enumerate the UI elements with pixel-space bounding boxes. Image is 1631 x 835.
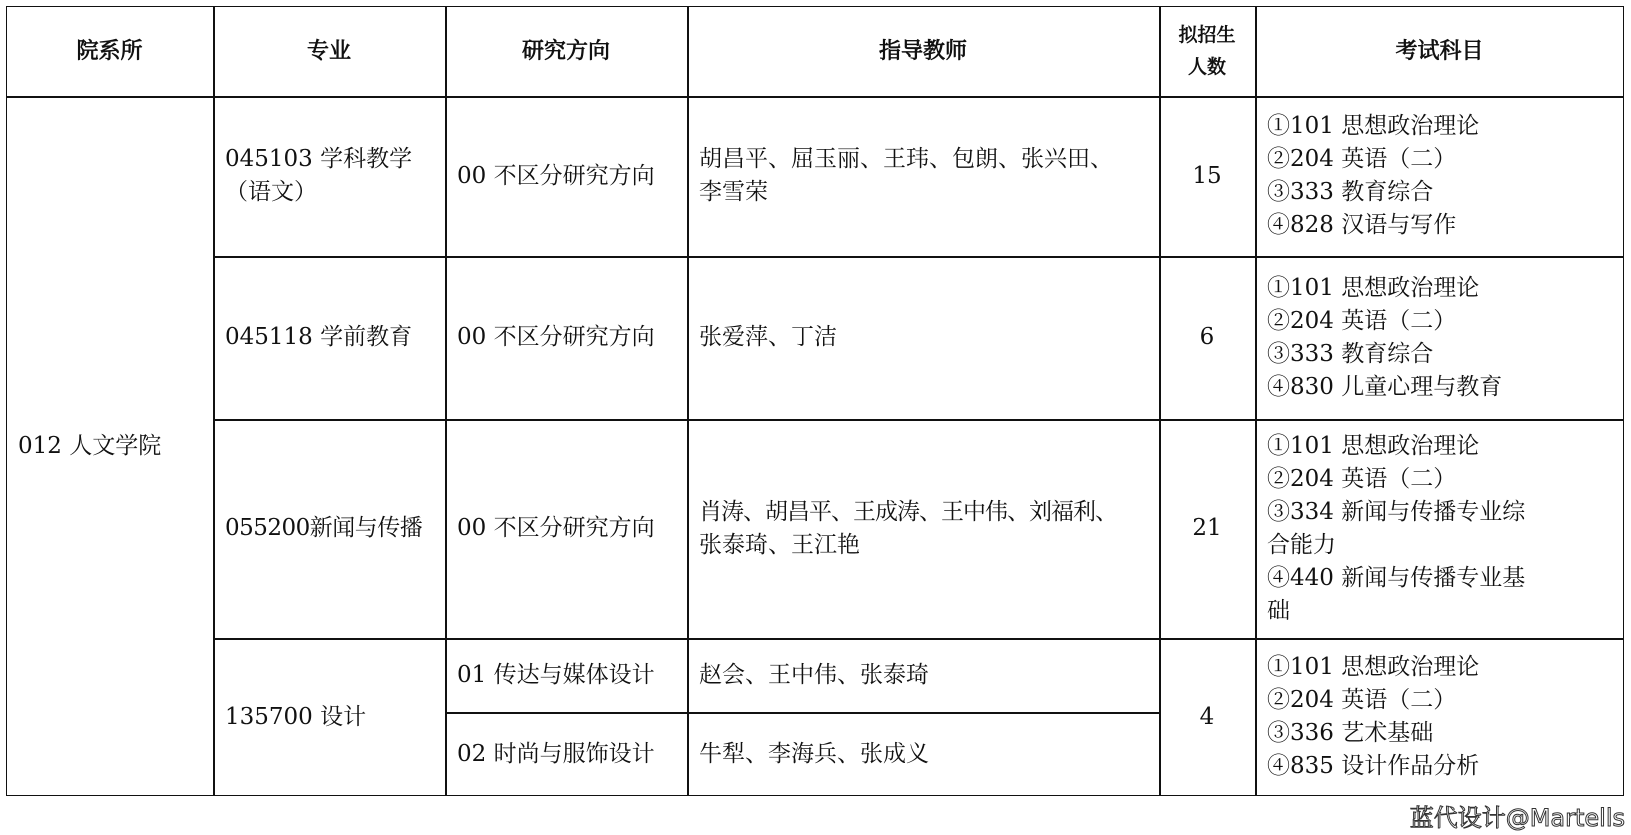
major-name: 135700 设计 <box>225 701 366 734</box>
exam-item: ③336 艺术基础 <box>1267 717 1479 750</box>
supervisors-text: 赵会、王中伟、张泰琦 <box>699 659 929 692</box>
department-cell: 012 人文学院 <box>6 96 213 796</box>
major-name: 055200新闻与传播 <box>225 512 422 545</box>
table-row-4-major: 135700 设计 <box>213 638 445 796</box>
watermark: 蓝代设计@Martells <box>1410 798 1625 833</box>
major-name: 045118 学前教育 <box>225 321 412 354</box>
exam-item: ②204 英语（二） <box>1267 463 1525 496</box>
exam-item: ③333 教育综合 <box>1267 338 1502 371</box>
supervisors-text-cont: 张泰琦、王江艳 <box>699 529 1117 562</box>
table-row-3-supervisors: 肖涛、胡昌平、王成涛、王中伟、刘福利、 张泰琦、王江艳 <box>687 419 1159 638</box>
header-department-label: 院系所 <box>76 35 142 68</box>
supervisors-text: 胡昌平、屈玉丽、王玮、包朗、张兴田、 <box>699 143 1113 176</box>
department-name: 012 人文学院 <box>18 430 161 463</box>
header-research-direction-label: 研究方向 <box>522 35 610 68</box>
exam-item: ④830 儿童心理与教育 <box>1267 371 1502 404</box>
direction-text: 02 时尚与服饰设计 <box>457 738 655 771</box>
supervisors-text: 张爱萍、丁洁 <box>699 321 837 354</box>
exam-item: ④828 汉语与写作 <box>1267 209 1479 242</box>
table-row-2-enrollment: 6 <box>1159 256 1255 419</box>
supervisors-stack: 肖涛、胡昌平、王成涛、王中伟、刘福利、 张泰琦、王江艳 <box>699 496 1117 562</box>
table-row-4-enrollment: 4 <box>1159 638 1255 796</box>
exam-item: ③334 新闻与传播专业综 <box>1267 496 1525 529</box>
enrollment-count: 21 <box>1192 512 1221 545</box>
header-research-direction: 研究方向 <box>445 6 687 96</box>
header-major: 专业 <box>213 6 445 96</box>
header-supervisors: 指导教师 <box>687 6 1159 96</box>
exam-item: ①101 思想政治理论 <box>1267 651 1479 684</box>
table-row-1-major: 045103 学科教学 （语文） <box>213 96 445 256</box>
exam-item: ②204 英语（二） <box>1267 143 1479 176</box>
exam-list: ①101 思想政治理论 ②204 英语（二） ③333 教育综合 ④830 儿童… <box>1267 272 1502 404</box>
major-name: 045103 学科教学 <box>225 143 412 176</box>
exam-list: ①101 思想政治理论 ②204 英语（二） ③333 教育综合 ④828 汉语… <box>1267 110 1479 242</box>
exam-item: ③333 教育综合 <box>1267 176 1479 209</box>
header-supervisors-label: 指导教师 <box>879 35 967 68</box>
table-row-1-supervisors: 胡昌平、屈玉丽、王玮、包朗、张兴田、 李雪荣 <box>687 96 1159 256</box>
table-row-2-exams: ①101 思想政治理论 ②204 英语（二） ③333 教育综合 ④830 儿童… <box>1255 256 1624 419</box>
table-row-3-major: 055200新闻与传播 <box>213 419 445 638</box>
supervisors-stack: 胡昌平、屈玉丽、王玮、包朗、张兴田、 李雪荣 <box>699 143 1113 209</box>
header-exam-subjects: 考试科目 <box>1255 6 1624 96</box>
header-exam-subjects-label: 考试科目 <box>1395 35 1483 68</box>
table-row-1-enrollment: 15 <box>1159 96 1255 256</box>
table-row-4b-supervisors: 牛犁、李海兵、张成义 <box>687 712 1159 796</box>
exam-item: ①101 思想政治理论 <box>1267 430 1525 463</box>
header-enrollment-line2: 人数 <box>1178 51 1235 83</box>
exam-item: ②204 英语（二） <box>1267 305 1502 338</box>
supervisors-text-cont: 李雪荣 <box>699 176 1113 209</box>
table-row-4a-supervisors: 赵会、王中伟、张泰琦 <box>687 638 1159 712</box>
table-row-1-exams: ①101 思想政治理论 ②204 英语（二） ③333 教育综合 ④828 汉语… <box>1255 96 1624 256</box>
header-enrollment-line1: 拟招生 <box>1178 19 1235 51</box>
table-row-4-exams: ①101 思想政治理论 ②204 英语（二） ③336 艺术基础 ④835 设计… <box>1255 638 1624 796</box>
direction-text: 00 不区分研究方向 <box>457 160 655 193</box>
table-row-4b-direction: 02 时尚与服饰设计 <box>445 712 687 796</box>
table-row-2-direction: 00 不区分研究方向 <box>445 256 687 419</box>
direction-text: 00 不区分研究方向 <box>457 512 655 545</box>
exam-list: ①101 思想政治理论 ②204 英语（二） ③336 艺术基础 ④835 设计… <box>1267 651 1479 783</box>
direction-text: 00 不区分研究方向 <box>457 321 655 354</box>
table-row-2-major: 045118 学前教育 <box>213 256 445 419</box>
header-department: 院系所 <box>6 6 213 96</box>
exam-list: ①101 思想政治理论 ②204 英语（二） ③334 新闻与传播专业综 合能力… <box>1267 430 1525 628</box>
table-row-1-direction: 00 不区分研究方向 <box>445 96 687 256</box>
exam-item: ①101 思想政治理论 <box>1267 110 1479 143</box>
enrollment-count: 4 <box>1200 701 1215 734</box>
exam-item: 础 <box>1267 595 1525 628</box>
header-enrollment-stack: 拟招生 人数 <box>1178 19 1235 83</box>
exam-item: ①101 思想政治理论 <box>1267 272 1502 305</box>
exam-item: ②204 英语（二） <box>1267 684 1479 717</box>
table-row-3-enrollment: 21 <box>1159 419 1255 638</box>
table-row-3-direction: 00 不区分研究方向 <box>445 419 687 638</box>
enrollment-count: 6 <box>1200 321 1215 354</box>
table-row-4a-direction: 01 传达与媒体设计 <box>445 638 687 712</box>
table-row-2-supervisors: 张爱萍、丁洁 <box>687 256 1159 419</box>
enrollment-count: 15 <box>1192 160 1221 193</box>
exam-item: ④440 新闻与传播专业基 <box>1267 562 1525 595</box>
major-name-cont: （语文） <box>225 176 412 209</box>
direction-text: 01 传达与媒体设计 <box>457 659 655 692</box>
supervisors-text: 牛犁、李海兵、张成义 <box>699 738 929 771</box>
exam-item: ④835 设计作品分析 <box>1267 750 1479 783</box>
supervisors-text: 肖涛、胡昌平、王成涛、王中伟、刘福利、 <box>699 496 1117 529</box>
major-stack: 045103 学科教学 （语文） <box>225 143 412 209</box>
table-row-3-exams: ①101 思想政治理论 ②204 英语（二） ③334 新闻与传播专业综 合能力… <box>1255 419 1624 638</box>
exam-item: 合能力 <box>1267 529 1525 562</box>
header-major-label: 专业 <box>307 35 351 68</box>
header-enrollment: 拟招生 人数 <box>1159 6 1255 96</box>
